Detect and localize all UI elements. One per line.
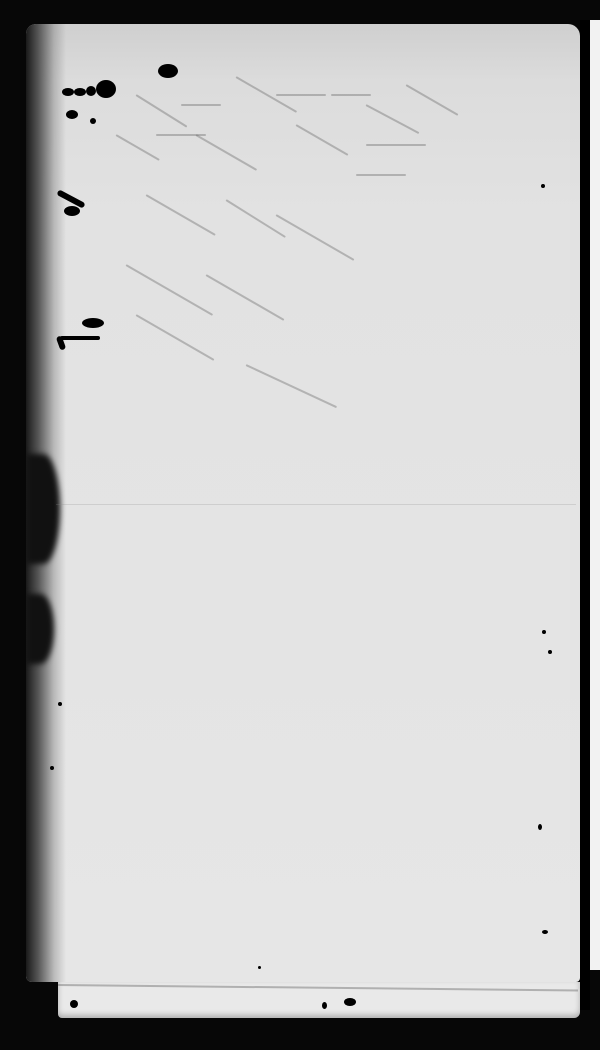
bleed-through-stroke (206, 274, 285, 321)
ink-speck (50, 766, 54, 770)
bleed-through-stroke (181, 104, 221, 106)
bleed-through-stroke (366, 144, 426, 146)
bleed-through-stroke (366, 104, 420, 134)
bleed-through-stroke (356, 174, 406, 176)
manuscript-page (26, 24, 580, 982)
ink-speck (541, 184, 545, 188)
ink-speck (548, 650, 552, 654)
ink-blot (74, 88, 86, 96)
ink-speck (322, 1002, 327, 1009)
bleed-through-stroke (246, 364, 337, 408)
ink-speck (70, 1000, 78, 1008)
ink-blot (82, 318, 104, 328)
ink-speck (538, 824, 542, 830)
page-fold-line (56, 504, 576, 505)
bleed-through-stroke (276, 94, 326, 96)
ink-speck (258, 966, 261, 969)
binding-stain (26, 454, 60, 564)
ink-blot (344, 998, 356, 1006)
adjacent-page-edge (590, 20, 600, 970)
ink-blot (90, 118, 96, 124)
scanner-edge-bar (580, 20, 590, 1010)
bleed-through-stroke (406, 84, 459, 116)
ink-blot (86, 86, 96, 96)
ink-speck (542, 930, 548, 934)
ink-speck (58, 702, 62, 706)
binding-stain (26, 594, 54, 664)
bleed-through-stroke (126, 264, 214, 316)
ink-mark (60, 336, 100, 340)
bleed-through-stroke (146, 194, 216, 236)
ink-blot (62, 88, 74, 96)
bleed-through-stroke (116, 134, 160, 161)
bleed-through-stroke (136, 314, 215, 361)
bleed-through-stroke (296, 124, 349, 156)
ink-blot (64, 206, 80, 216)
bleed-through-stroke (331, 94, 371, 96)
bleed-through-stroke (196, 134, 258, 171)
ink-blot (66, 110, 78, 119)
bleed-through-stroke (225, 199, 285, 238)
bleed-through-stroke (276, 214, 355, 261)
ink-blot (96, 80, 116, 98)
bleed-through-stroke (135, 94, 187, 127)
ink-blot (158, 64, 178, 78)
ink-speck (542, 630, 546, 634)
